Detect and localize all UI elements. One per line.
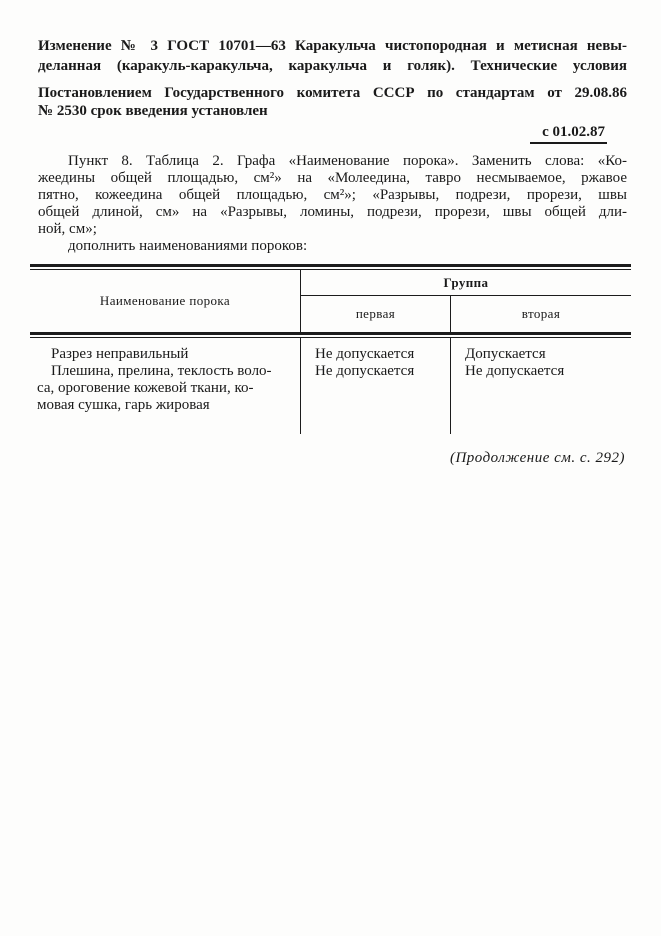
name-column-header: Наименование порока [30,270,300,332]
decree-paragraph: Постановлением Государственного комитета… [38,84,627,120]
amendment-line-4: общей длиной, см» на «Разрывы, ломины, п… [38,204,627,221]
defect-text-line: са, ороговение кожевой ткани, ко- [37,380,290,397]
filler-cell [450,414,631,434]
amendment-title: Изменение № 3 ГОСТ 10701—63 Каракульча ч… [38,36,627,76]
group-column-header: Группа [300,270,631,296]
amendment-line-6: дополнить наименованиями пороков: [38,238,627,255]
continuation-note: (Продолжение см. с. 292) [38,450,627,467]
effective-date: с 01.02.87 [530,124,607,144]
decree-line-2: № 2530 срок введения установлен [38,102,627,120]
table-header: Наименование порока Группа первая вторая [30,270,631,332]
page-content: Изменение № 3 ГОСТ 10701—63 Каракульча ч… [38,36,627,467]
scanned-gost-page: Изменение № 3 ГОСТ 10701—63 Каракульча ч… [0,0,661,936]
group-second-value-cell: Не допускается [450,363,631,414]
amendment-text: Пункт 8. Таблица 2. Графа «Наименование … [38,153,627,255]
allowance-text: Допускается [465,346,631,363]
title-line-1: Изменение № 3 ГОСТ 10701—63 Каракульча ч… [38,36,627,56]
allowance-text: Не допускается [315,363,450,380]
defect-text-line: Разрез неправильный [37,346,290,363]
amendment-line-5: ной, см»; [38,221,627,238]
group-first-value-cell: Не допускается [300,363,450,414]
amendment-line-2: жеедины общей площадью, см²» на «Молееди… [38,170,627,187]
amendment-line-1: Пункт 8. Таблица 2. Графа «Наименование … [38,153,627,170]
filler-cell [300,414,450,434]
defect-text-line: мовая сушка, гарь жировая [37,397,290,414]
table-body: Разрез неправильный Не допускается Допус… [30,338,631,434]
defect-name-cell: Разрез неправильный [30,338,300,363]
group-first-header: первая [300,296,450,332]
group-first-value-cell: Не допускается [300,338,450,363]
effective-date-row: с 01.02.87 [38,124,627,144]
group-second-value-cell: Допускается [450,338,631,363]
group-second-header: вторая [450,296,631,332]
defect-name-cell: Плешина, прелина, теклость воло- са, оро… [30,363,300,414]
allowance-text: Не допускается [465,363,631,380]
filler-cell [30,414,300,434]
defects-table: Наименование порока Группа первая вторая… [30,264,631,434]
title-line-2: деланная (каракуль-каракульча, каракульч… [38,56,627,76]
allowance-text: Не допускается [315,346,450,363]
amendment-line-3: пятно, кожеедина общей площадью, см²»; «… [38,187,627,204]
defect-text-line: Плешина, прелина, теклость воло- [37,363,290,380]
decree-line-1: Постановлением Государственного комитета… [38,84,627,102]
